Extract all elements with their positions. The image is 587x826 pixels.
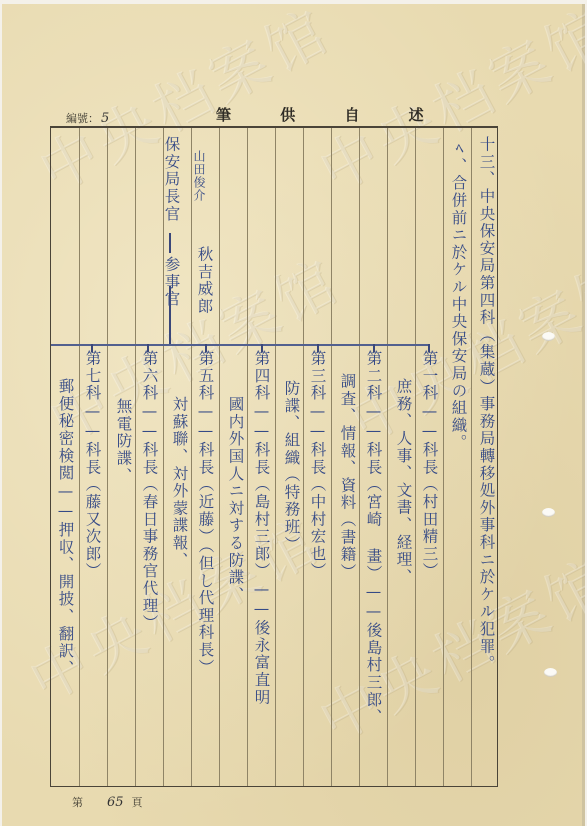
section-4-column: 第四科——科長（島村三郎）——後永富直明	[253, 350, 269, 706]
column-rule	[219, 128, 220, 786]
punch-hole	[542, 508, 555, 517]
column-rule	[275, 128, 276, 786]
section-3-column: 第三科——科長（中村宏也）	[309, 350, 325, 580]
column-rule	[107, 128, 108, 786]
column-rule	[79, 128, 80, 786]
section-5-column: 第五科——科長（近藤）（但し代理科長）	[197, 350, 213, 676]
org-chart-trunk	[169, 233, 171, 253]
section-2-column: 第二科——科長（宮崎 畫）——後島村三郎、	[365, 350, 381, 726]
page-label-suffix: 頁	[132, 796, 143, 809]
subheading-column: ﾍ、合併前ニ於ケル中央保安局の組織。	[450, 140, 466, 451]
page-number: 65	[107, 795, 124, 810]
column-rule	[247, 128, 248, 786]
org-deputy-name: 秋吉威郎	[196, 246, 212, 315]
column-rule	[135, 128, 136, 786]
document-header: 編號：5 筆 供 自 述	[2, 104, 585, 128]
org-head-title: 保安局長官	[163, 136, 179, 223]
section-6-duty: 無電防諜、	[115, 398, 131, 485]
heading-column: 十三、中央保安局第四科（集蔵）事務局轉移処外事科ニ於ケル犯罪。	[478, 136, 494, 672]
column-rule	[303, 128, 304, 786]
document-title: 筆 供 自 述	[216, 104, 446, 125]
section-7-column: 第七科——科長（藤又次郎）	[84, 350, 100, 580]
page-footer: 第65頁	[72, 794, 143, 810]
page-label-prefix: 第	[72, 796, 83, 809]
serial-label: 編號：	[66, 112, 99, 125]
manuscript-grid: 十三、中央保安局第四科（集蔵）事務局轉移処外事科ニ於ケル犯罪。 ﾍ、合併前ニ於ケ…	[50, 126, 498, 787]
column-rule	[415, 128, 416, 786]
column-rule	[191, 128, 192, 786]
section-1-column: 第一科——科長（村田精三）	[421, 350, 437, 580]
document-page: 中央档案馆 中央档案馆 中央档案馆 中央档案馆 中央档案馆 中央档案馆 編號：5…	[2, 4, 585, 826]
column-rule	[387, 128, 388, 786]
section-7-duty: 郵便秘密検閲——押収、開披、翻訳、	[57, 378, 73, 677]
section-6-column: 第六科——科長（春日事務官代理）	[141, 350, 157, 632]
serial-value: 5	[101, 111, 109, 126]
org-deputy-title: 参事官	[163, 256, 179, 308]
org-head-name: 山田俊介	[193, 150, 205, 202]
column-rule	[331, 128, 332, 786]
column-rule	[163, 128, 164, 786]
section-1-duty: 庶務、人事、文書、経理、	[395, 378, 411, 586]
section-3-duty: 防諜、組織（特務班）	[283, 380, 299, 553]
punch-hole	[544, 668, 557, 677]
section-4-duty: 國内外国人ニ対する防諜、	[227, 396, 243, 604]
section-5-duty: 対蘇聯、対外蒙諜報、	[171, 396, 187, 569]
punch-hole	[542, 332, 555, 341]
column-rule	[443, 128, 444, 786]
section-2-duty: 調査、情報、資料（書籍）	[339, 373, 355, 581]
serial-number: 編號：5	[66, 110, 109, 126]
column-rule	[359, 128, 360, 786]
column-rule	[471, 128, 472, 786]
